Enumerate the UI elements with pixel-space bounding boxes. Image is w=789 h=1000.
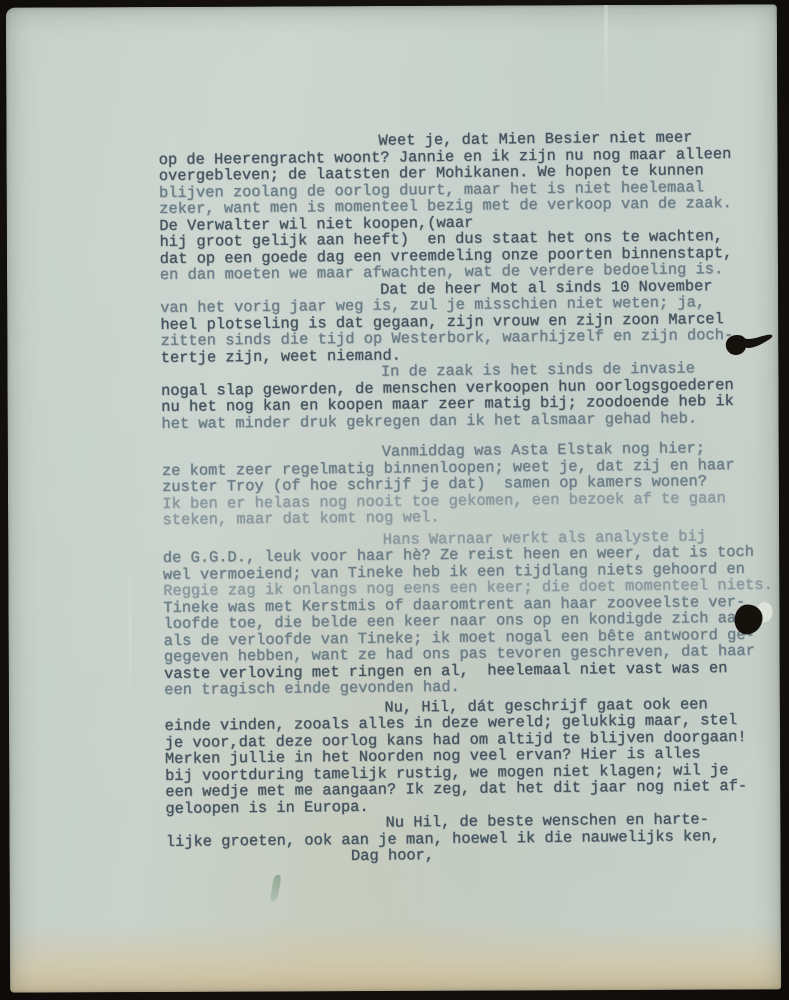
letter-paragraph: In de zaak is het sinds de invasienogal … [161,359,787,432]
letter-paragraph: Nu, Hil, dát geschrijf gaat ook eeneinde… [164,695,789,817]
letter-body: Weet je, dat Mien Besier niet meerop de … [158,128,789,866]
letter-paragraph: Dat de heer Mot al sinds 10 Novembervan … [160,277,786,366]
letter-paragraph: Vanmiddag was Asta Elstak nog hier;ze ko… [162,439,788,528]
green-pen-mark [269,874,283,902]
scan-background: Weet je, dat Mien Besier niet meerop de … [0,0,789,1000]
paper-crease [128,552,132,712]
paper-crease [604,5,608,115]
letter-paragraph: Weet je, dat Mien Besier niet meerop de … [158,128,785,283]
letter-paragraph: Hans Warnaar werkt als analyste bijde G.… [163,527,789,699]
letter-page: Weet je, dat Mien Besier niet meerop de … [6,4,781,992]
ink-blot-icon [723,329,775,361]
